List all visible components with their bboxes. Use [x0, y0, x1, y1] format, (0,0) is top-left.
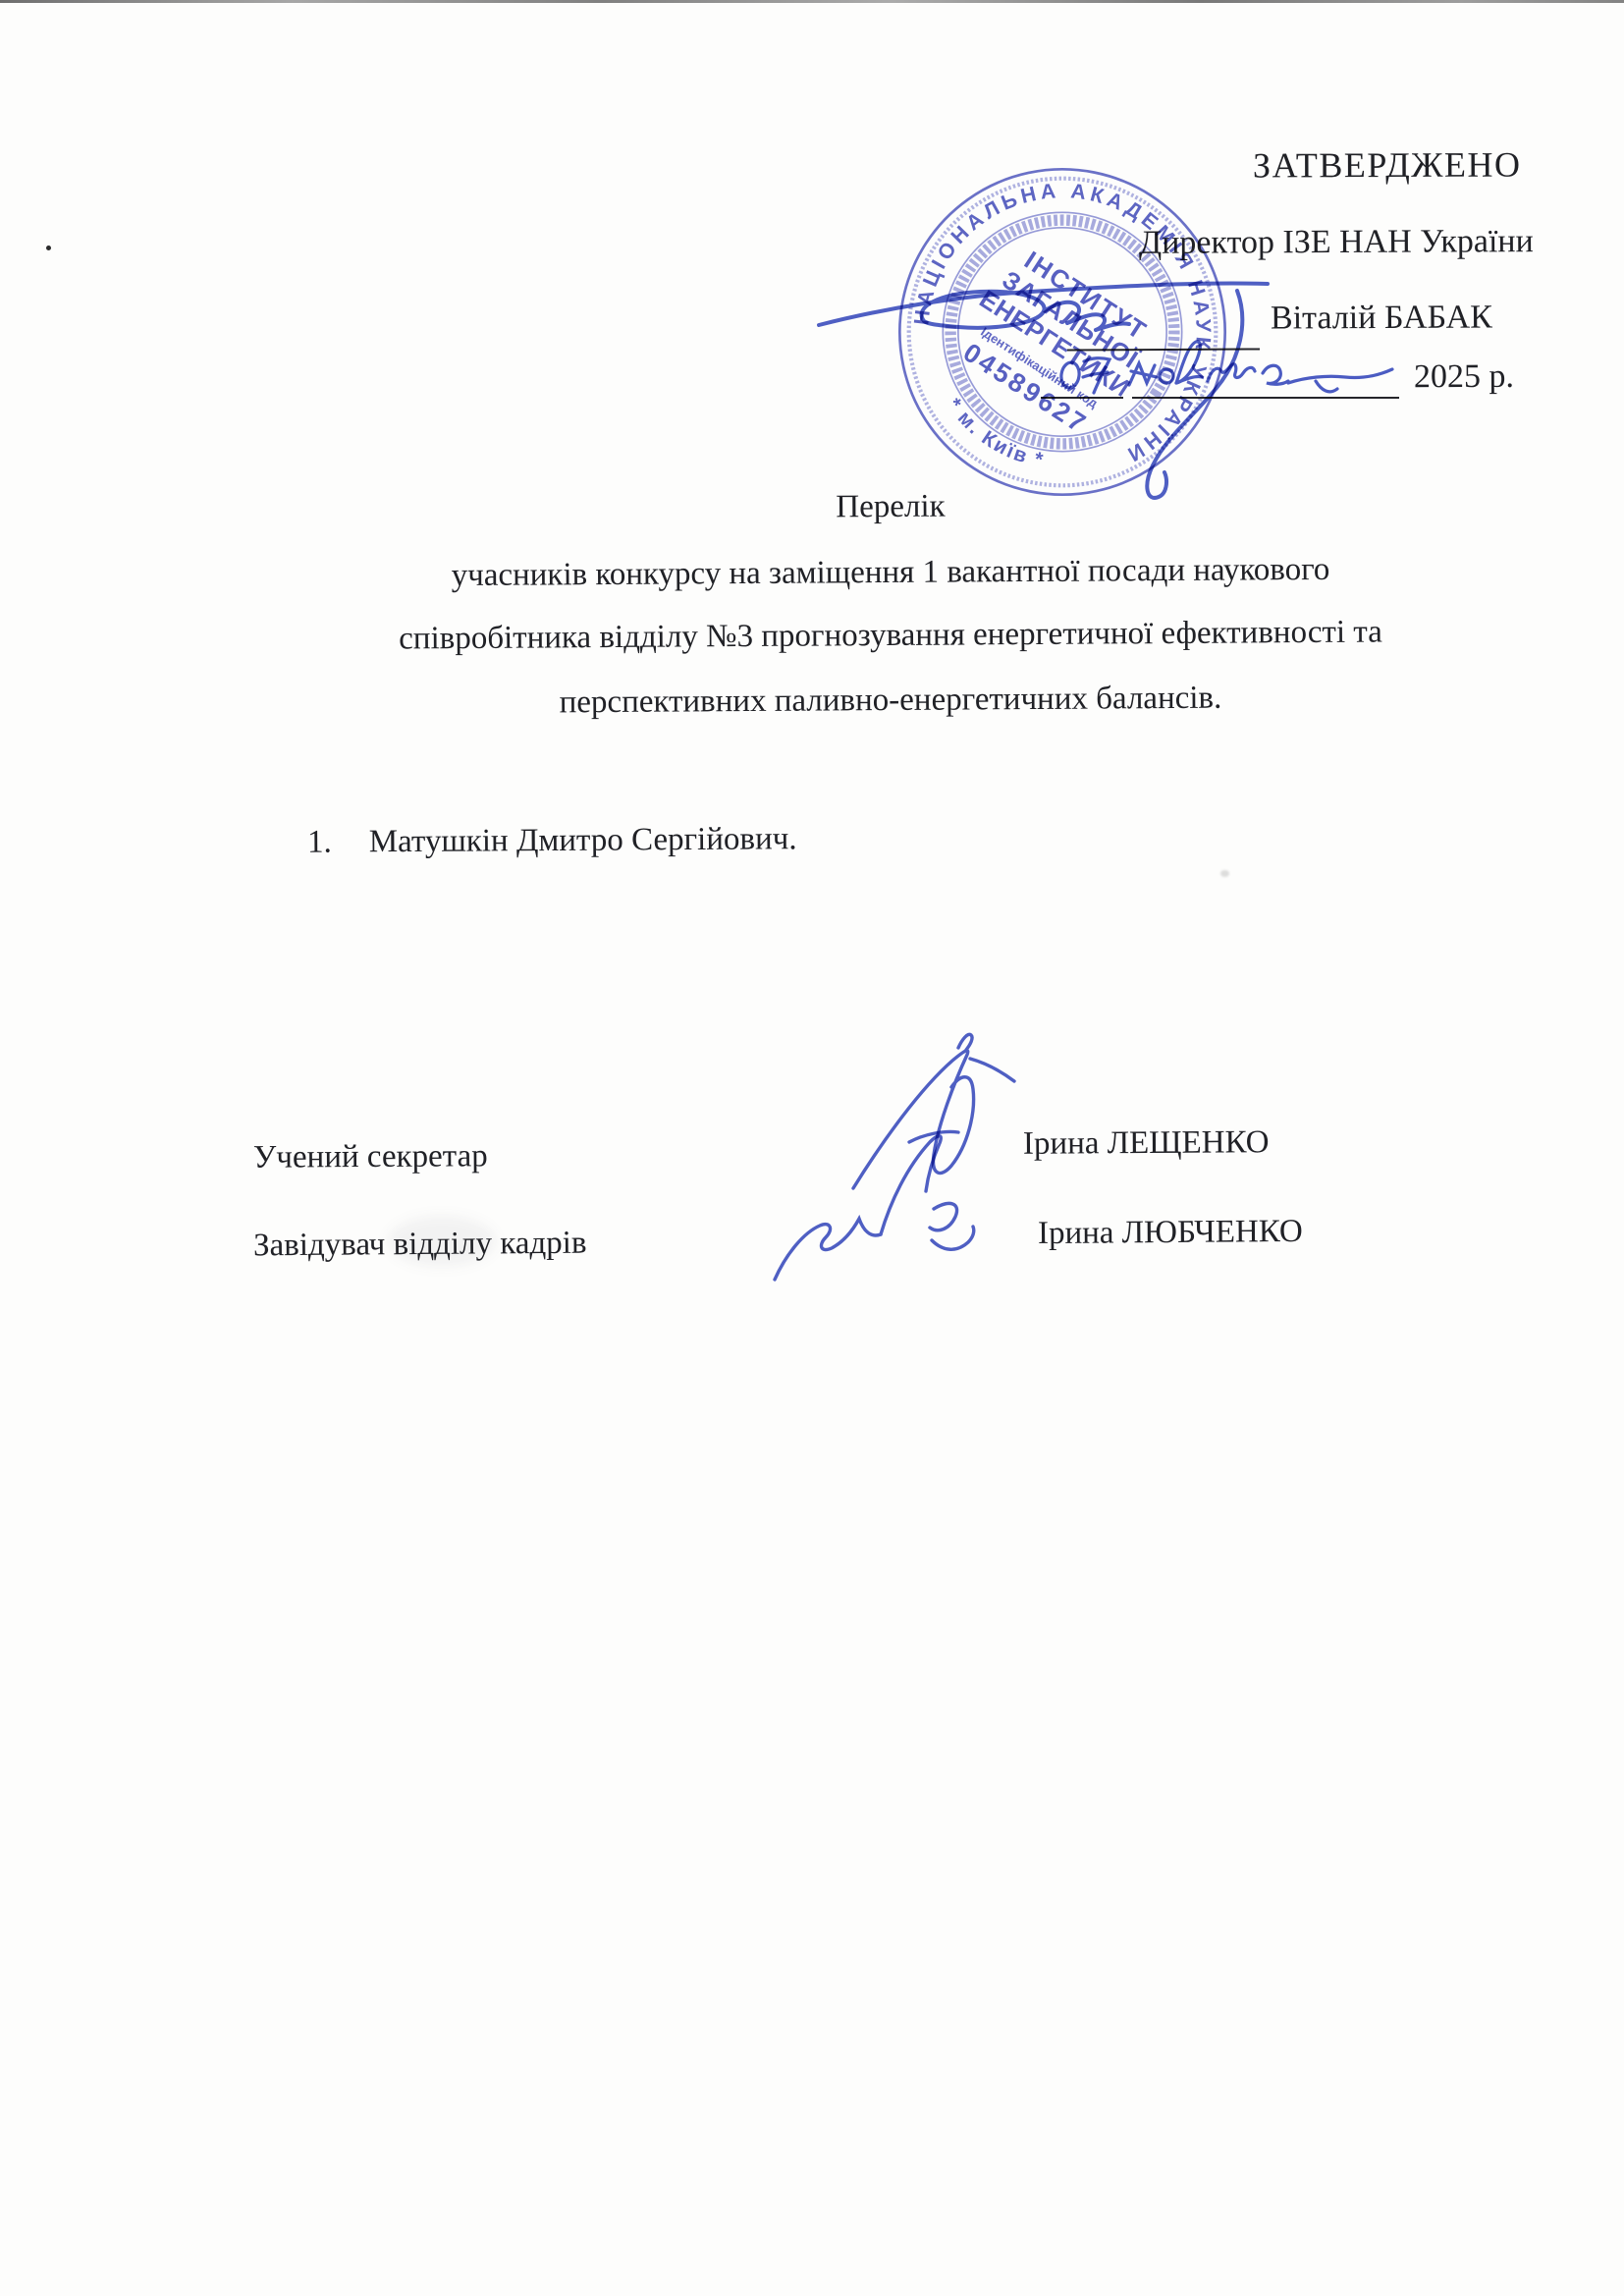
paragraph-line-3: перспективних паливно-енергетичних балан…	[252, 678, 1529, 723]
signatory-name-1: Ірина ЛЕЩЕНКО	[1023, 1124, 1270, 1163]
list-item-name: Матушкін Дмитро Сергійович.	[369, 821, 797, 859]
stamp-microtext-ring	[890, 159, 1235, 505]
stamp-outer-ring	[890, 159, 1235, 505]
scanned-document-page: ЗАТВЕРДЖЕНО Директор ІЗЕ НАН України Віт…	[0, 0, 1624, 2296]
stamp-org-line2: ЗАГАЛЬНОЇ	[997, 266, 1143, 374]
document-title: Перелік	[252, 484, 1529, 529]
signatory-name-2: Ірина ЛЮБЧЕНКО	[1038, 1214, 1303, 1252]
signatory-role-2: Завідувач відділу кадрів	[253, 1226, 587, 1265]
scan-speck	[1220, 870, 1229, 877]
signature-underline	[1067, 348, 1260, 351]
signatory-role-1: Учений секретар	[253, 1138, 488, 1175]
round-seal-stamp: НАЦІОНАЛЬНА АКАДЕМІЯ НАУК УКРАЇНИ * м. К…	[890, 159, 1235, 505]
stamp-id-code: 04589627	[958, 338, 1094, 440]
handwritten-date	[1041, 324, 1434, 442]
director-signature	[805, 246, 1296, 511]
stamp-org-line1: ІНСТИТУТ	[1019, 246, 1152, 346]
stamp-ring-text: НАЦІОНАЛЬНА АКАДЕМІЯ НАУК УКРАЇНИ	[893, 159, 1235, 478]
scan-edge-artifact	[0, 0, 1624, 3]
hr-head-signature	[756, 1105, 992, 1301]
list-item: 1.Матушкін Дмитро Сергійович.	[307, 821, 797, 860]
director-line: Директор ІЗЕ НАН України	[1139, 223, 1534, 262]
scan-speck	[46, 246, 51, 250]
paragraph-line-2: співробітника відділу №3 прогнозування е…	[252, 613, 1529, 658]
director-name: Віталій БАБАК	[1271, 300, 1492, 338]
stamp-rope-ring	[907, 177, 1217, 486]
list-item-number: 1.	[307, 825, 332, 860]
secretary-signature	[825, 1026, 1051, 1213]
date-day-underline	[1041, 397, 1123, 399]
year-label: 2025 р.	[1414, 358, 1514, 396]
approved-label: ЗАТВЕРДЖЕНО	[1252, 144, 1521, 187]
stamp-rope-ring	[897, 167, 1228, 498]
stamp-org-line3: ЕНЕРГЕТИКИ	[974, 286, 1134, 404]
paragraph-line-1: учасників конкурсу на заміщення 1 вакант…	[252, 550, 1529, 595]
date-month-underline	[1132, 397, 1399, 399]
stamp-city-text: * м. Київ *	[936, 390, 1055, 483]
